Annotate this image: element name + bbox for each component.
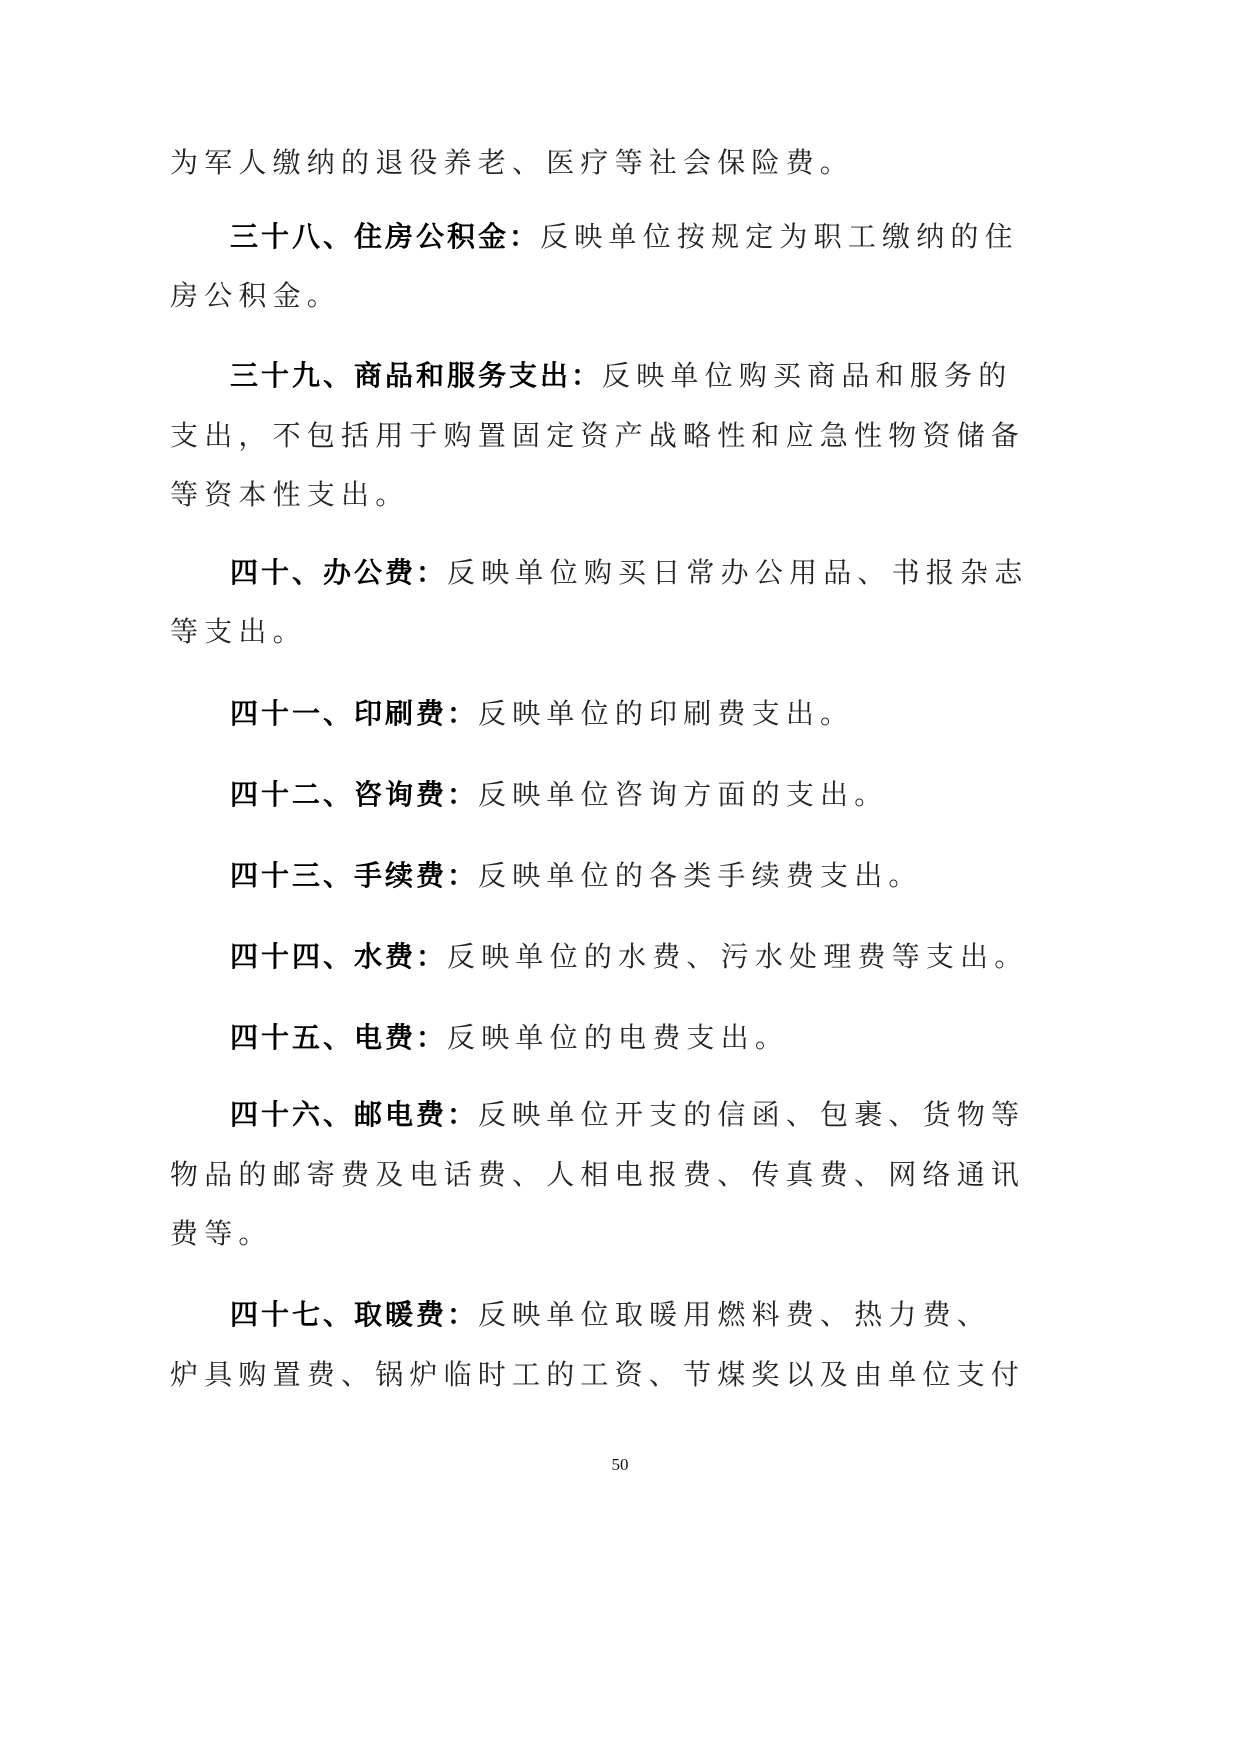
item-term: 四十三、手续费： — [230, 859, 478, 892]
paragraph-line: 为军人缴纳的退役养老、医疗等社会保险费。 — [170, 143, 930, 183]
item-term: 三十八、住房公积金： — [230, 220, 540, 253]
item-description: 反映单位取暖用燃料费、热力费、 — [478, 1298, 991, 1331]
paragraph-line: 炉具购置费、锅炉临时工的工资、节煤奖以及由单位支付 — [170, 1355, 930, 1395]
paragraph-line: 费等。 — [170, 1214, 930, 1254]
item-40-heading-line: 四十、办公费：反映单位购买日常办公用品、书报杂志 — [230, 553, 930, 593]
item-description: 反映单位购买日常办公用品、书报杂志 — [447, 556, 1028, 589]
item-description: 物品的邮寄费及电话费、人相电报费、传真费、网络通讯 — [170, 1158, 1025, 1191]
item-description: 反映单位按规定为职工缴纳的住 — [540, 220, 1019, 253]
item-description: 反映单位的电费支出。 — [447, 1021, 789, 1054]
item-description: 等资本性支出。 — [170, 478, 409, 511]
item-46-heading-line: 四十六、邮电费：反映单位开支的信函、包裹、货物等 — [230, 1095, 930, 1135]
item-description: 反映单位的印刷费支出。 — [478, 697, 854, 730]
paragraph-line: 等资本性支出。 — [170, 475, 930, 515]
item-47-heading-line: 四十七、取暖费：反映单位取暖用燃料费、热力费、 — [230, 1295, 930, 1335]
item-38-heading-line: 三十八、住房公积金：反映单位按规定为职工缴纳的住 — [230, 217, 930, 257]
paragraph-line: 支出，不包括用于购置固定资产战略性和应急性物资储备 — [170, 416, 930, 456]
item-description: 费等。 — [170, 1217, 273, 1250]
item-description: 反映单位的水费、污水处理费等支出。 — [447, 940, 1028, 973]
document-page: 为军人缴纳的退役养老、医疗等社会保险费。 三十八、住房公积金：反映单位按规定为职… — [0, 0, 1240, 1754]
item-description: 支出，不包括用于购置固定资产战略性和应急性物资储备 — [170, 419, 1025, 452]
item-term: 四十一、印刷费： — [230, 697, 478, 730]
item-44-heading-line: 四十四、水费：反映单位的水费、污水处理费等支出。 — [230, 937, 930, 977]
item-term: 四十七、取暖费： — [230, 1298, 478, 1331]
item-description: 反映单位购买商品和服务的 — [602, 359, 1012, 392]
item-term: 四十、办公费： — [230, 556, 447, 589]
item-description: 反映单位开支的信函、包裹、货物等 — [478, 1098, 1025, 1131]
item-42-heading-line: 四十二、咨询费：反映单位咨询方面的支出。 — [230, 775, 930, 815]
page-number: 50 — [0, 1455, 1240, 1475]
item-description: 炉具购置费、锅炉临时工的工资、节煤奖以及由单位支付 — [170, 1358, 1025, 1391]
item-description: 为军人缴纳的退役养老、医疗等社会保险费。 — [170, 146, 854, 179]
item-description: 反映单位的各类手续费支出。 — [478, 859, 923, 892]
item-description: 房公积金。 — [170, 279, 341, 312]
item-description: 等支出。 — [170, 615, 307, 648]
item-term: 三十九、商品和服务支出： — [230, 359, 602, 392]
item-description: 反映单位咨询方面的支出。 — [478, 778, 888, 811]
item-term: 四十六、邮电费： — [230, 1098, 478, 1131]
item-term: 四十四、水费： — [230, 940, 447, 973]
item-41-heading-line: 四十一、印刷费：反映单位的印刷费支出。 — [230, 694, 930, 734]
paragraph-line: 房公积金。 — [170, 276, 930, 316]
item-term: 四十五、电费： — [230, 1021, 447, 1054]
item-39-heading-line: 三十九、商品和服务支出：反映单位购买商品和服务的 — [230, 356, 930, 396]
paragraph-line: 物品的邮寄费及电话费、人相电报费、传真费、网络通讯 — [170, 1155, 930, 1195]
item-43-heading-line: 四十三、手续费：反映单位的各类手续费支出。 — [230, 856, 930, 896]
item-45-heading-line: 四十五、电费：反映单位的电费支出。 — [230, 1018, 930, 1058]
paragraph-line: 等支出。 — [170, 612, 930, 652]
item-term: 四十二、咨询费： — [230, 778, 478, 811]
